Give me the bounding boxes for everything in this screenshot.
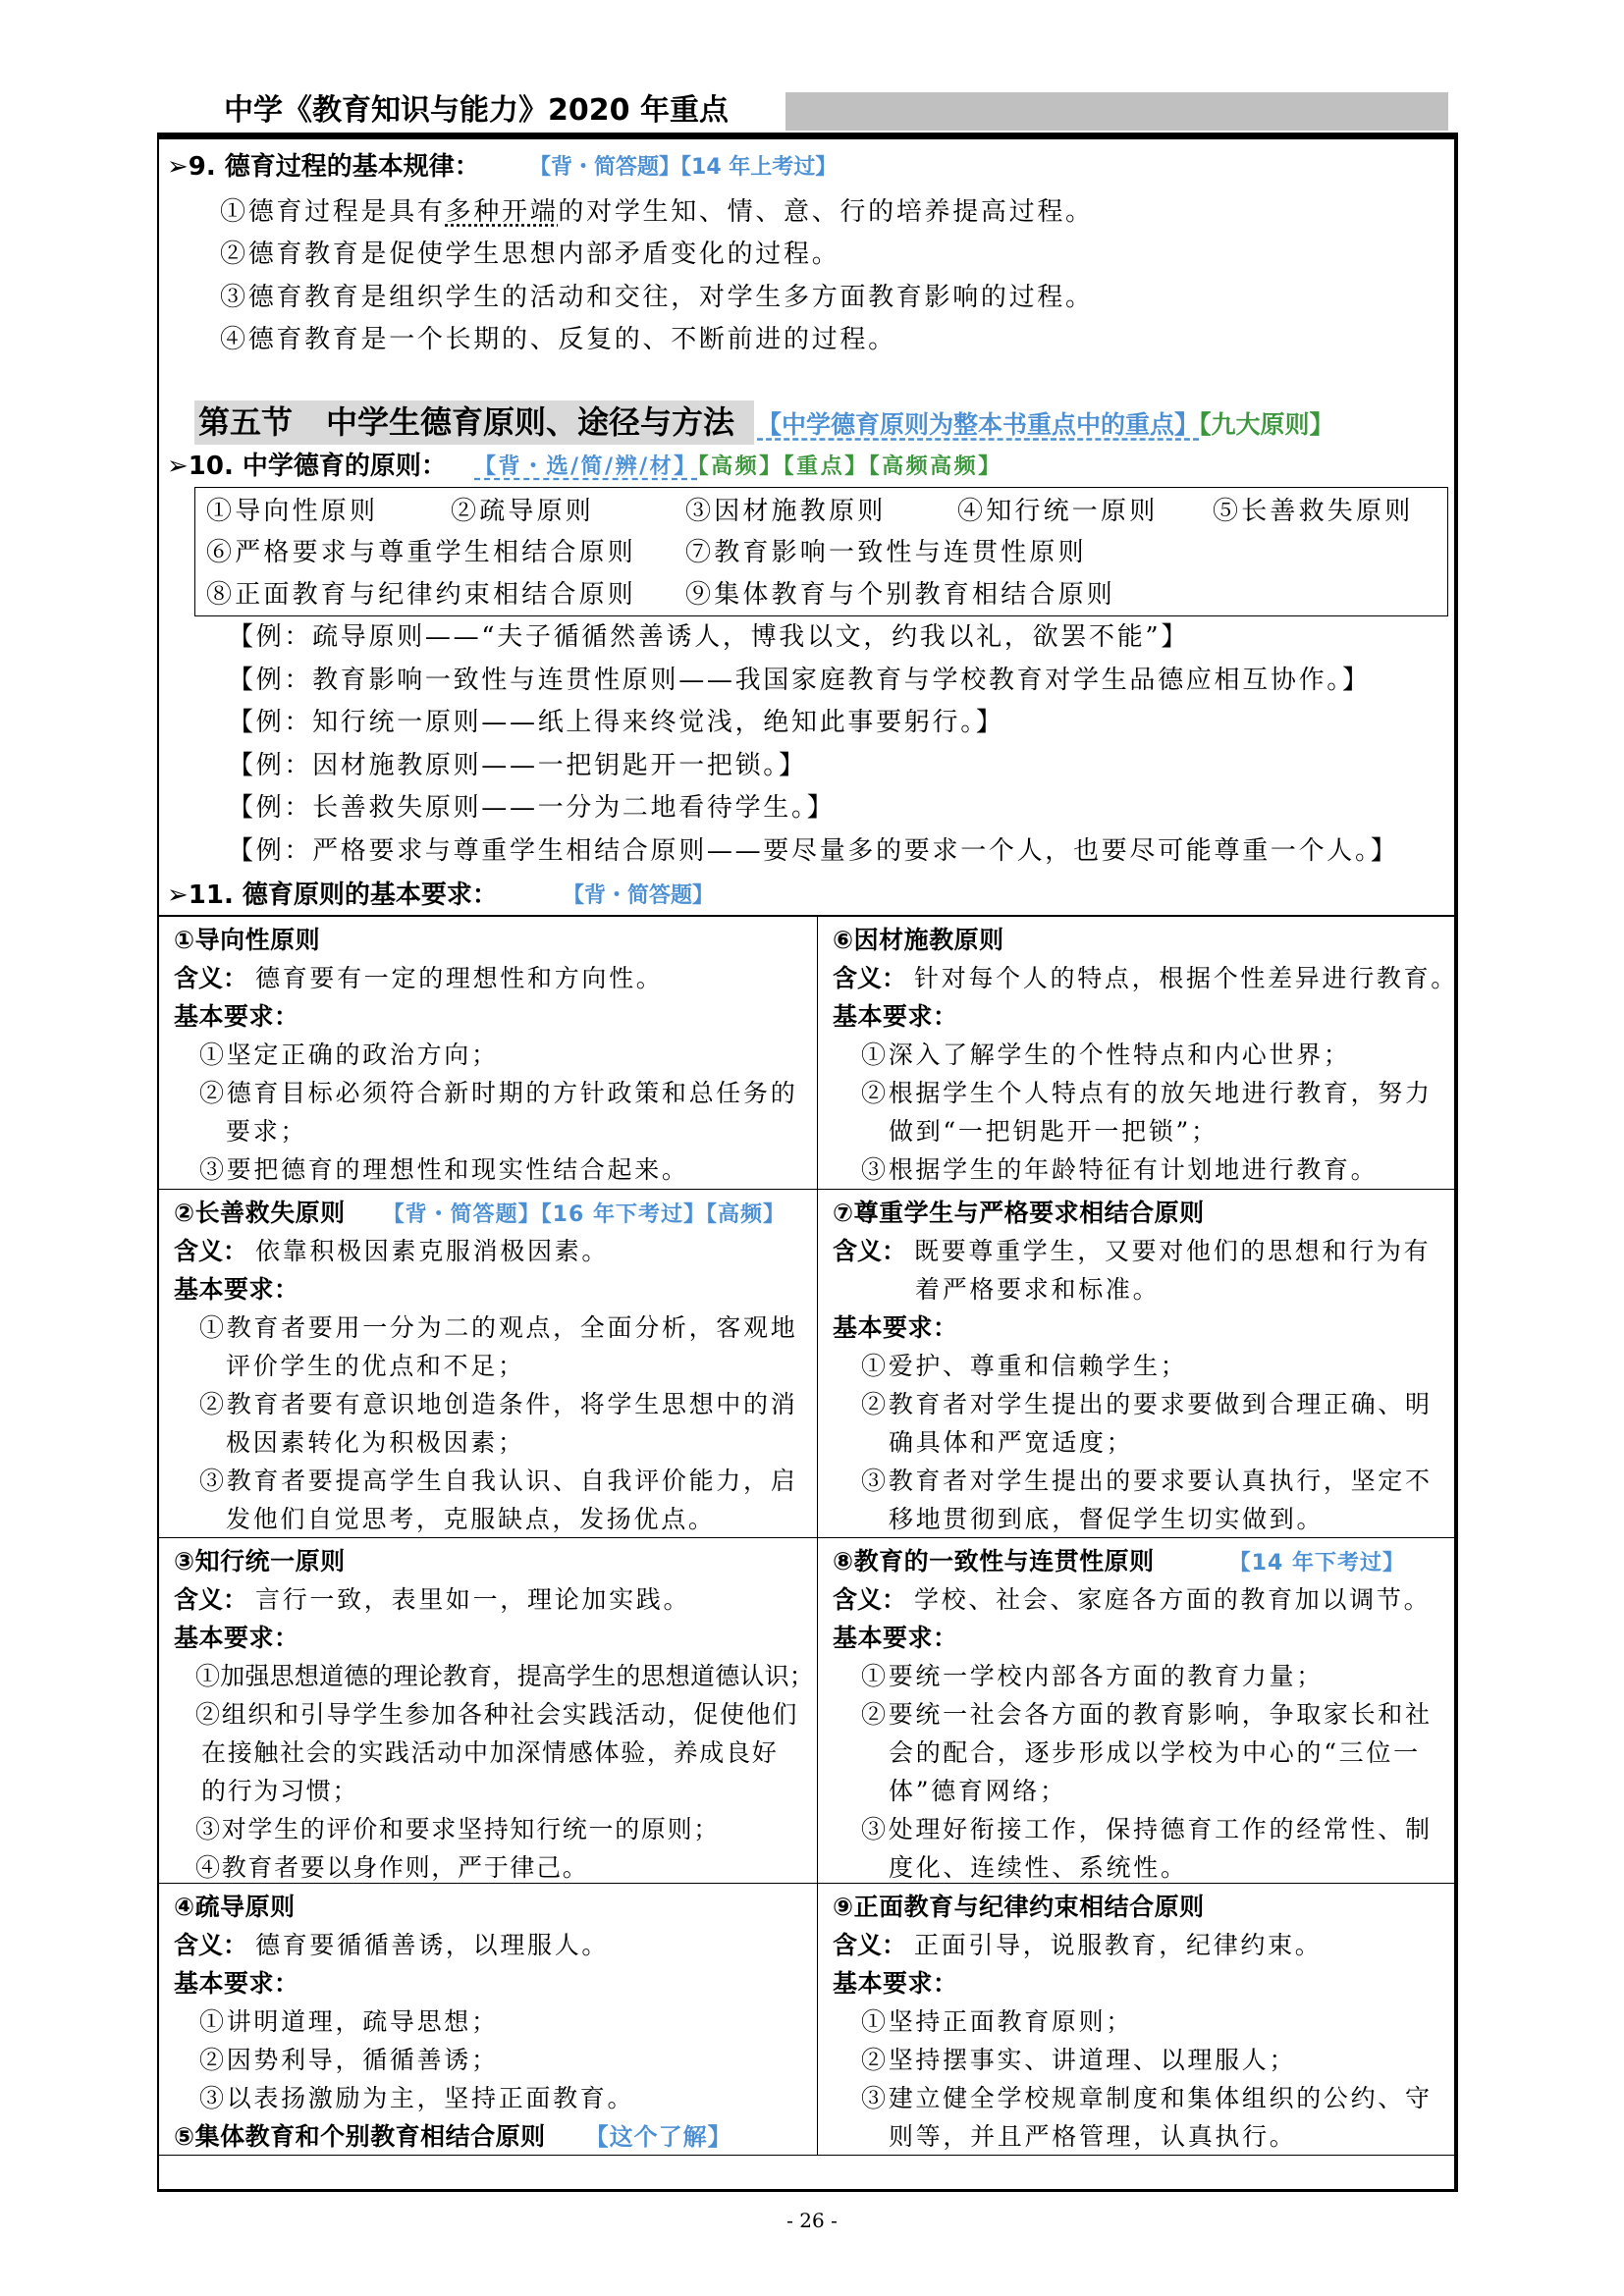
s9-tag-exam: 【14 年上考过】 <box>680 155 837 180</box>
requirements-label: 基本要求： <box>174 1964 817 2002</box>
requirement-item: ①坚持正面教育原则； <box>833 2002 1458 2041</box>
requirement-item: ③以表扬激励为主，坚持正面教育。 <box>174 2079 817 2117</box>
table-cell: ⑧教育的一致性与连贯性原则【14 年下考过】 含义：学校、社会、家庭各方面的教育… <box>818 1538 1458 1884</box>
example-item: 【例：教育影响一致性与连贯性原则——我国家庭教育与学校教育对学生品德应相互协作。… <box>228 660 1398 703</box>
requirement-item-cont: 要求； <box>174 1112 817 1150</box>
list-item: ②德育教育是促使学生思想内部矛盾变化的过程。 <box>220 234 1094 276</box>
s10-tag-recite: 【背・选/简/辨/材】 <box>474 454 698 479</box>
requirement-item: ③对学生的评价和要求坚持知行统一的原则； <box>174 1810 817 1848</box>
requirement-item-cont: 会的配合，逐步形成以学校为中心的“三位一 <box>833 1734 1458 1772</box>
requirement-item: ②教育者对学生提出的要求要做到合理正确、明 <box>833 1385 1458 1423</box>
principles-row: ①导向性原则 ②疏导原则 ③因材施教原则 ④知行统一原则 ⑤长善救失原则 <box>195 491 1447 533</box>
requirements-label: 基本要求： <box>833 997 1458 1036</box>
requirements-label: 基本要求： <box>174 1619 817 1657</box>
meaning-label: 含义： <box>174 959 255 997</box>
principle-item: ③因材施教原则 <box>685 491 886 533</box>
s10-tag-freq: 【高频】 <box>698 454 784 479</box>
header-gray-bar <box>785 92 1448 131</box>
meaning-line: 含义：依靠积极因素克服消极因素。 <box>174 1232 817 1270</box>
s10-heading: ➢10. 中学德育的原则： <box>167 452 447 481</box>
table-cell: ⑥因材施教原则 含义：针对每个人的特点，根据个性差异进行教育。 基本要求： ①深… <box>818 917 1458 1190</box>
meaning-label: 含义： <box>833 1926 914 1964</box>
requirement-item: ①加强思想道德的理论教育，提高学生的思想道德认识； <box>174 1657 817 1695</box>
requirement-item: ②德育目标必须符合新时期的方针政策和总任务的 <box>174 1074 817 1112</box>
requirement-item-cont: 度化、连续性、系统性。 <box>833 1848 1458 1884</box>
meaning-label: 含义： <box>833 1232 914 1270</box>
meaning-label: 含义： <box>174 1926 255 1964</box>
meaning-label: 含义： <box>174 1232 255 1270</box>
list-item: ④德育教育是一个长期的、反复的、不断前进的过程。 <box>220 319 1094 361</box>
meaning-line: 含义：学校、社会、家庭各方面的教育加以调节。 <box>833 1580 1458 1619</box>
principles-table: ①导向性原则 含义：德育要有一定的理想性和方向性。 基本要求： ①坚定正确的政治… <box>157 915 1458 2156</box>
section-title: 第五节中学生德育原则、途径与方法 <box>198 400 734 445</box>
requirement-item: ①要统一学校内部各方面的教育力量； <box>833 1657 1458 1695</box>
requirement-item: ①讲明道理，疏导思想； <box>174 2002 817 2041</box>
requirement-item: ②根据学生个人特点有的放矢地进行教育，努力 <box>833 1074 1458 1112</box>
requirement-item: ①教育者要用一分为二的观点，全面分析，客观地 <box>174 1308 817 1347</box>
s10-tag-freq2: 【高频高频】 <box>869 454 1002 479</box>
s9-list: ①德育过程是具有多种开端的对学生知、情、意、行的培养提高过程。 ②德育教育是促使… <box>220 191 1094 361</box>
meaning-label: 含义： <box>833 959 914 997</box>
meaning-line: 含义：既要尊重学生，又要对他们的思想和行为有 <box>833 1232 1458 1270</box>
requirement-item: ①深入了解学生的个性特点和内心世界； <box>833 1036 1458 1074</box>
principle-item: ④知行统一原则 <box>957 491 1158 533</box>
table-cell: ④疏导原则 含义：德育要循循善诱，以理服人。 基本要求： ①讲明道理，疏导思想；… <box>157 1884 818 2156</box>
s11-heading: ➢11. 德育原则的基本要求： <box>167 881 498 910</box>
requirement-item: ①爱护、尊重和信赖学生； <box>833 1347 1458 1385</box>
principle-item: ⑦教育影响一致性与连贯性原则 <box>685 532 1087 574</box>
requirement-item: ②组织和引导学生参加各种社会实践活动，促使他们 <box>174 1695 817 1734</box>
document-header-title: 中学《教育知识与能力》2020 年重点 <box>224 93 729 129</box>
example-item: 【例：长善救失原则——一分为二地看待学生。】 <box>228 787 1398 830</box>
meaning-line: 含义：德育要有一定的理想性和方向性。 <box>174 959 817 997</box>
s10-tag-key: 【重点】 <box>784 454 869 479</box>
section-number: 第五节 <box>198 403 293 441</box>
list-item: ①德育过程是具有多种开端的对学生知、情、意、行的培养提高过程。 <box>220 191 1094 234</box>
requirement-item: ③处理好衔接工作，保持德育工作的经常性、制 <box>833 1810 1458 1848</box>
principle-title: ⑦尊重学生与严格要求相结合原则 <box>833 1194 1458 1232</box>
requirements-label: 基本要求： <box>174 1270 817 1308</box>
section-name: 中学生德育原则、途径与方法 <box>326 403 734 441</box>
requirement-item-cont: 评价学生的优点和不足； <box>174 1347 817 1385</box>
extra-principle-tag: 【这个了解】 <box>585 2123 732 2151</box>
requirement-item-cont: 发他们自觉思考，克服缺点，发扬优点。 <box>174 1500 817 1538</box>
example-item: 【例：疏导原则——“夫子循循然善诱人，博我以文，约我以礼，欲罢不能”】 <box>228 616 1398 660</box>
requirements-label: 基本要求： <box>833 1619 1458 1657</box>
requirement-item: ②因势利导，循循善诱； <box>174 2041 817 2079</box>
extra-principle-title: ⑤集体教育和个别教育相结合原则 <box>174 2122 546 2151</box>
principle-title: ⑥因材施教原则 <box>833 921 1458 959</box>
table-cell: ①导向性原则 含义：德育要有一定的理想性和方向性。 基本要求： ①坚定正确的政治… <box>157 917 818 1190</box>
principle-tag: 【14 年下考过】 <box>1229 1551 1405 1575</box>
table-cell: ⑨正面教育与纪律约束相结合原则 含义：正面引导，说服教育，纪律约束。 基本要求：… <box>818 1884 1458 2156</box>
requirement-item-cont: 体”德育网络； <box>833 1772 1458 1810</box>
principle-item: ⑨集体教育与个别教育相结合原则 <box>685 574 1115 616</box>
principle-title: ①导向性原则 <box>174 921 817 959</box>
examples-list: 【例：疏导原则——“夫子循循然善诱人，博我以文，约我以礼，欲罢不能”】 【例：教… <box>228 616 1398 874</box>
s10-tags: 【背・选/简/辨/材】【高频】【重点】【高频高频】 <box>474 454 1002 481</box>
principles-row: ⑥严格要求与尊重学生相结合原则 ⑦教育影响一致性与连贯性原则 <box>195 532 1447 574</box>
requirement-item-cont: 确具体和严宽适度； <box>833 1423 1458 1462</box>
requirement-item: ③根据学生的年龄特征有计划地进行教育。 <box>833 1150 1458 1189</box>
meaning-line: 含义：言行一致，表里如一，理论加实践。 <box>174 1580 817 1619</box>
s5-tag-nine: 【九大原则】 <box>1199 410 1334 439</box>
meaning-line: 含义：德育要循循善诱，以理服人。 <box>174 1926 817 1964</box>
principle-item: ⑥严格要求与尊重学生相结合原则 <box>206 532 636 574</box>
principle-item: ②疏导原则 <box>451 491 594 533</box>
meaning-label: 含义： <box>833 1580 914 1619</box>
requirement-item-cont: 极因素转化为积极因素； <box>174 1423 817 1462</box>
meaning-line: 含义：正面引导，说服教育，纪律约束。 <box>833 1926 1458 1964</box>
s9-tag-recite: 【背・简答题】 <box>529 155 680 180</box>
principle-title: ⑨正面教育与纪律约束相结合原则 <box>833 1888 1458 1926</box>
s9-tags: 【背・简答题】【14 年上考过】 <box>529 154 837 182</box>
principle-title: ④疏导原则 <box>174 1888 817 1926</box>
s11-tag-recite: 【背・简答题】 <box>563 882 714 910</box>
requirement-item-cont: 移地贯彻到底，督促学生切实做到。 <box>833 1500 1458 1538</box>
underlined-phrase: 多种开端 <box>446 197 559 227</box>
extra-principle-title-line: ⑤集体教育和个别教育相结合原则【这个了解】 <box>174 2117 817 2156</box>
principle-item: ⑧正面教育与纪律约束相结合原则 <box>206 574 636 616</box>
principle-title-line: ⑧教育的一致性与连贯性原则【14 年下考过】 <box>833 1542 1458 1580</box>
principle-item: ⑤长善救失原则 <box>1213 491 1413 533</box>
requirements-label: 基本要求： <box>833 1308 1458 1347</box>
meaning-line: 含义：针对每个人的特点，根据个性差异进行教育。 <box>833 959 1458 997</box>
s9-heading: ➢9. 德育过程的基本规律： <box>167 152 480 182</box>
requirement-item-cont: 的行为习惯； <box>174 1772 817 1810</box>
meaning-label: 含义： <box>174 1580 255 1619</box>
requirement-item: ④教育者要以身作则，严于律己。 <box>174 1848 817 1884</box>
principle-title: ③知行统一原则 <box>174 1542 817 1580</box>
table-cell: ③知行统一原则 含义：言行一致，表里如一，理论加实践。 基本要求： ①加强思想道… <box>157 1538 818 1884</box>
principle-title: ②长善救失原则 <box>174 1199 346 1227</box>
page-number: - 26 - <box>0 2207 1624 2234</box>
principles-row: ⑧正面教育与纪律约束相结合原则 ⑨集体教育与个别教育相结合原则 <box>195 574 1447 616</box>
requirement-item: ①坚定正确的政治方向； <box>174 1036 817 1074</box>
table-cell: ⑦尊重学生与严格要求相结合原则 含义：既要尊重学生，又要对他们的思想和行为有 着… <box>818 1190 1458 1538</box>
principle-tag: 【背・简答题】【16 年下考过】【高频】 <box>383 1202 785 1227</box>
table-cell: ②长善救失原则【背・简答题】【16 年下考过】【高频】 含义：依靠积极因素克服消… <box>157 1190 818 1538</box>
principle-title-line: ②长善救失原则【背・简答题】【16 年下考过】【高频】 <box>174 1194 817 1232</box>
principles-box: ①导向性原则 ②疏导原则 ③因材施教原则 ④知行统一原则 ⑤长善救失原则 ⑥严格… <box>194 487 1448 616</box>
requirement-item: ③建立健全学校规章制度和集体组织的公约、守 <box>833 2079 1458 2117</box>
requirement-item-cont: 做到“一把钥匙开一把锁”； <box>833 1112 1458 1150</box>
principle-title: ⑧教育的一致性与连贯性原则 <box>833 1547 1155 1575</box>
s5-tags: 【中学德育原则为整本书重点中的重点】【九大原则】 <box>757 408 1334 442</box>
requirement-item: ③要把德育的理想性和现实性结合起来。 <box>174 1150 817 1189</box>
requirement-item-cont: 则等，并且严格管理，认真执行。 <box>833 2117 1458 2156</box>
requirements-label: 基本要求： <box>833 1964 1458 2002</box>
requirement-item: ③教育者要提高学生自我认识、自我评价能力，启 <box>174 1462 817 1500</box>
meaning-line-cont: 着严格要求和标准。 <box>833 1270 1458 1308</box>
principle-item: ①导向性原则 <box>206 491 378 533</box>
s5-tag-key: 【中学德育原则为整本书重点中的重点】 <box>757 410 1199 439</box>
example-item: 【例：严格要求与尊重学生相结合原则——要尽量多的要求一个人，也要尽可能尊重一个人… <box>228 830 1398 874</box>
example-item: 【例：因材施教原则——一把钥匙开一把锁。】 <box>228 745 1398 788</box>
requirement-item: ③教育者对学生提出的要求要认真执行，坚定不 <box>833 1462 1458 1500</box>
requirement-item: ②教育者要有意识地创造条件，将学生思想中的消 <box>174 1385 817 1423</box>
requirement-item: ②要统一社会各方面的教育影响，争取家长和社 <box>833 1695 1458 1734</box>
requirement-item-cont: 在接触社会的实践活动中加深情感体验，养成良好 <box>174 1734 817 1772</box>
example-item: 【例：知行统一原则——纸上得来终觉浅，绝知此事要躬行。】 <box>228 702 1398 745</box>
list-item: ③德育教育是组织学生的活动和交往，对学生多方面教育影响的过程。 <box>220 277 1094 319</box>
requirement-item: ②坚持摆事实、讲道理、以理服人； <box>833 2041 1458 2079</box>
requirements-label: 基本要求： <box>174 997 817 1036</box>
